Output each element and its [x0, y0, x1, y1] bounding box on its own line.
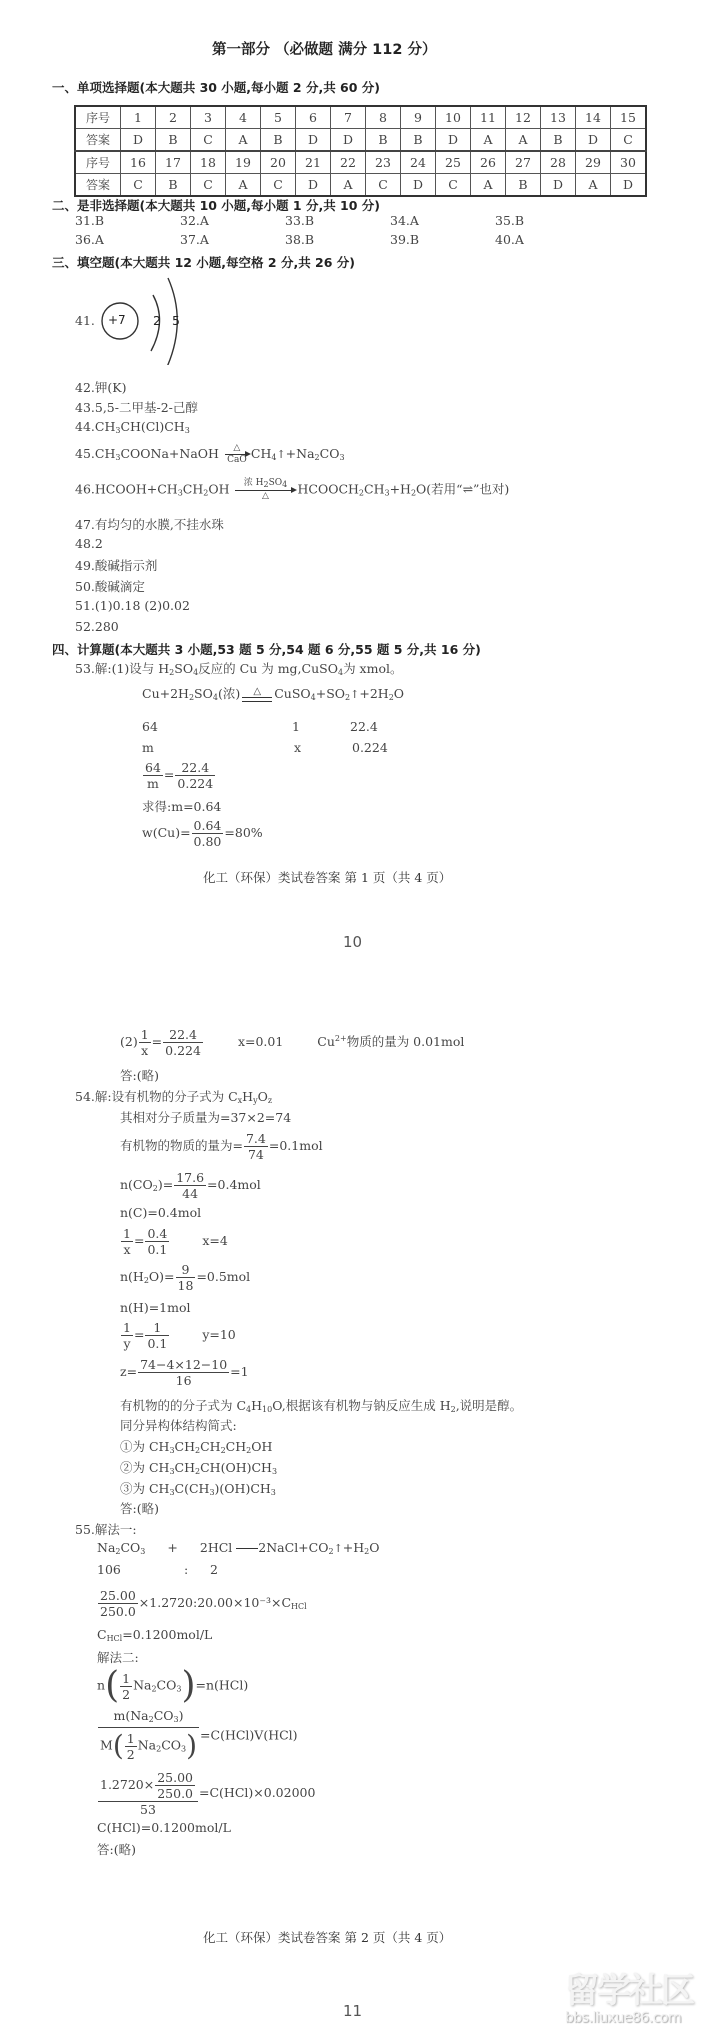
q-answer: D: [611, 174, 647, 197]
q45-equation: 45.CH3COONa+NaOH △ CaO CH4↑+Na2CO3: [75, 443, 345, 466]
q-answer: C: [121, 174, 156, 197]
q54-y-equation: 1y=10.1 y=10: [120, 1320, 236, 1351]
q-num: 29: [576, 151, 611, 174]
q-num: 10: [436, 106, 471, 129]
q53-row1-so2: 22.4: [350, 719, 378, 734]
q-num: 11: [471, 106, 506, 129]
q-answer: B: [261, 129, 296, 152]
q-answer: D: [296, 129, 331, 152]
q-answer: D: [121, 129, 156, 152]
q-answer: C: [191, 129, 226, 152]
q54-x-equation: 1x=0.40.1 x=4: [120, 1226, 228, 1257]
q53-result: 求得:m=0.64: [142, 797, 221, 815]
q-answer: B: [156, 129, 191, 152]
isomer-2: ②为 CH3CH2CH(OH)CH3: [120, 1458, 277, 1476]
q-answer: A: [471, 129, 506, 152]
q-num: 1: [121, 106, 156, 129]
q-answer: D: [401, 174, 436, 197]
section2-heading: 二、是非选择题(本大题共 10 小题,每小题 1 分,共 10 分): [52, 196, 380, 214]
section1-heading: 一、单项选择题(本大题共 30 小题,每小题 2 分,共 60 分): [52, 78, 380, 96]
q49-answer: 49.酸碱指示剂: [75, 556, 157, 574]
q55-equation: Na2CO3+2HCl 2NaCl+CO2↑+H2O: [97, 1540, 380, 1556]
page-title: 第一部分 （必做题 满分 112 分）: [212, 38, 436, 59]
q-answer: A: [506, 129, 541, 152]
q53-part2: (2)1x=22.40.224 x=0.01 Cu2+物质的量为 0.01mol: [120, 1027, 464, 1058]
isomer-1: ①为 CH3CH2CH2CH2OH: [120, 1437, 272, 1455]
q-answer: B: [366, 129, 401, 152]
tf-item: 36.A: [75, 232, 104, 247]
section4-heading: 四、计算题(本大题共 3 小题,53 题 5 分,54 题 6 分,55 题 5…: [52, 640, 481, 658]
q-answer: D: [436, 129, 471, 152]
q-num: 6: [296, 106, 331, 129]
q-answer: A: [226, 174, 261, 197]
q53-equation: Cu+2H2SO4(浓)△CuSO4+SO2↑+2H2O: [142, 684, 404, 702]
watermark-url: bbs.liuxue86.com: [565, 2009, 720, 2027]
q47-answer: 47.有均匀的水膜,不挂水珠: [75, 515, 224, 533]
q-num: 13: [541, 106, 576, 129]
shell-2-electrons: 5: [172, 313, 180, 328]
q44-answer: 44.CH3CH(Cl)CH3: [75, 419, 190, 435]
table-row-numbers-1: 序号 1 2 3 4 5 6 7 8 9 10 11 12 13 14 15: [75, 106, 646, 129]
table-row-numbers-2: 序号 16 17 18 19 20 21 22 23 24 25 26 27 2…: [75, 151, 646, 174]
q-num: 8: [366, 106, 401, 129]
q-answer: C: [191, 174, 226, 197]
table-row-answers-1: 答案 D B C A B D D B B D A A B D C: [75, 129, 646, 152]
q-answer: B: [401, 129, 436, 152]
q-num: 5: [261, 106, 296, 129]
page1-number: 10: [343, 933, 362, 951]
q-answer: A: [226, 129, 261, 152]
q53-ratio: 64m=22.40.224: [142, 760, 216, 791]
q53-answer: 答:(略): [120, 1066, 159, 1084]
q-num: 27: [506, 151, 541, 174]
q-answer: C: [436, 174, 471, 197]
q50-answer: 50.酸碱滴定: [75, 577, 145, 595]
page2-footer: 化工（环保）类试卷答案 第 2 页（共 4 页）: [203, 1928, 451, 1946]
watermark-logo: 留学社区 bbs.liuxue86.com: [565, 1973, 720, 2039]
q46-equation: 46.HCOOH+CH3CH2OH 浓 H2SO4 △ HCOOCH2CH3+H…: [75, 478, 509, 502]
section3-heading: 三、填空题(本大题共 12 小题,每空格 2 分,共 26 分): [52, 253, 355, 271]
q-num: 25: [436, 151, 471, 174]
q-num: 30: [611, 151, 647, 174]
q-num: 19: [226, 151, 261, 174]
row-label: 序号: [75, 151, 121, 174]
q55-answer: 答:(略): [97, 1840, 136, 1858]
q-num: 24: [401, 151, 436, 174]
tf-item: 35.B: [495, 213, 524, 228]
q53-row2-cu: m: [142, 740, 154, 755]
q-num: 16: [121, 151, 156, 174]
tf-item: 34.A: [390, 213, 419, 228]
q-answer: C: [611, 129, 647, 152]
q55-result2: C(HCl)=0.1200mol/L: [97, 1820, 231, 1835]
shell-1-electrons: 2: [153, 313, 161, 328]
q-num: 23: [366, 151, 401, 174]
watermark-brand: 留学社区: [565, 1973, 720, 2009]
tf-item: 33.B: [285, 213, 314, 228]
q-answer: A: [576, 174, 611, 197]
q53-mass-fraction: w(Cu)=0.640.80=80%: [142, 818, 263, 849]
q-num: 28: [541, 151, 576, 174]
tf-item: 39.B: [390, 232, 419, 247]
tf-item: 38.B: [285, 232, 314, 247]
q-num: 4: [226, 106, 261, 129]
q-answer: D: [296, 174, 331, 197]
row-label: 序号: [75, 106, 121, 129]
equals-line: [236, 1548, 258, 1549]
q48-answer: 48.2: [75, 536, 103, 551]
q54-conclusion: 有机物的的分子式为 C4H10O,根据该有机物与钠反应生成 H2,说明是醇。: [120, 1396, 522, 1414]
tf-item: 40.A: [495, 232, 524, 247]
q-num: 7: [331, 106, 366, 129]
q-num: 17: [156, 151, 191, 174]
gas-up-arrow-icon: ↑: [350, 688, 359, 701]
q55-calc: 25.00250.0×1.2720:20.00×10⁻³×CHCl: [97, 1588, 307, 1619]
q-answer: C: [261, 174, 296, 197]
gas-up-arrow-icon: ↑: [334, 1542, 343, 1555]
q-answer: A: [471, 174, 506, 197]
q54-moles-h2o: n(H2O)=918=0.5mol: [120, 1262, 250, 1293]
nucleus-charge: +7: [108, 313, 126, 327]
q52-answer: 52.280: [75, 619, 119, 634]
q54-z-equation: z=74−4×12−1016=1: [120, 1357, 249, 1388]
reaction-arrow: △ CaO: [225, 443, 249, 466]
q42-answer: 42.钾(K): [75, 378, 126, 396]
q55-line3: 1.2720×25.00250.0 53 =C(HCl)×0.02000: [97, 1770, 315, 1817]
q55-line2: m(Na2CO3) M(12Na2CO3) =C(HCl)V(HCl): [97, 1708, 298, 1764]
heat-equals-sign: △: [242, 687, 272, 702]
q-num: 14: [576, 106, 611, 129]
q55-ratio-106: 106: [97, 1562, 121, 1577]
q-num: 12: [506, 106, 541, 129]
q54-relative-mass: 其相对分子质量为=37×2=74: [120, 1108, 291, 1126]
q41-label: 41.: [75, 313, 95, 328]
q-answer: B: [156, 174, 191, 197]
q-num: 2: [156, 106, 191, 129]
q-answer: D: [331, 129, 366, 152]
q55-ratio-2: 2: [210, 1562, 218, 1577]
q-answer: B: [506, 174, 541, 197]
row-label: 答案: [75, 174, 121, 197]
q53-row1-cu: 64: [142, 719, 158, 734]
table-row-answers-2: 答案 C B C A C D A C D C A B D A D: [75, 174, 646, 197]
q-answer: C: [366, 174, 401, 197]
tf-item: 32.A: [180, 213, 209, 228]
q53-row1-cuso4: 1: [292, 719, 300, 734]
reaction-arrow: 浓 H2SO4 △: [235, 478, 295, 502]
tf-item: 37.A: [180, 232, 209, 247]
q-num: 15: [611, 106, 647, 129]
q54-moles-h: n(H)=1mol: [120, 1300, 191, 1315]
q43-answer: 43.5,5-二甲基-2-己醇: [75, 398, 198, 416]
q55-method1: 55.解法一:: [75, 1520, 137, 1538]
q55-ratio-sep: :: [184, 1562, 188, 1577]
q53-intro: 53.解:(1)设与 H2SO4反应的 Cu 为 mg,CuSO4为 xmol。: [75, 659, 402, 677]
q53-row2-so2: 0.224: [352, 740, 388, 755]
q54-moles-organic: 有机物的物质的量为=7.474=0.1mol: [120, 1131, 323, 1162]
q55-method2: 解法二:: [97, 1648, 139, 1666]
q-answer: D: [541, 174, 576, 197]
q53-row2-cuso4: x: [294, 740, 301, 755]
q-num: 3: [191, 106, 226, 129]
q51-answer: 51.(1)0.18 (2)0.02: [75, 598, 190, 613]
q-num: 20: [261, 151, 296, 174]
q-answer: B: [541, 129, 576, 152]
page2-number: 11: [343, 2002, 362, 2020]
q54-answer: 答:(略): [120, 1499, 159, 1517]
q-num: 26: [471, 151, 506, 174]
q-num: 21: [296, 151, 331, 174]
isomer-3: ③为 CH3C(CH3)(OH)CH3: [120, 1479, 276, 1497]
q-num: 9: [401, 106, 436, 129]
q-answer: D: [576, 129, 611, 152]
tf-item: 31.B: [75, 213, 104, 228]
row-label: 答案: [75, 129, 121, 152]
q54-isomers-title: 同分异构体结构简式:: [120, 1416, 237, 1434]
q-num: 22: [331, 151, 366, 174]
q54-moles-co2: n(CO2)=17.644=0.4mol: [120, 1170, 261, 1201]
q-num: 18: [191, 151, 226, 174]
answer-table: 序号 1 2 3 4 5 6 7 8 9 10 11 12 13 14 15 答…: [74, 105, 647, 197]
gas-up-arrow-icon: ↑: [276, 448, 285, 461]
q54-moles-c: n(C)=0.4mol: [120, 1205, 201, 1220]
q55-line1: n(12Na2CO3)=n(HCl): [97, 1668, 248, 1704]
page1-footer: 化工（环保）类试卷答案 第 1 页（共 4 页）: [203, 868, 451, 886]
q55-result1: CHCl=0.1200mol/L: [97, 1627, 212, 1643]
q-answer: A: [331, 174, 366, 197]
q54-intro: 54.解:设有机物的分子式为 CxHyOz: [75, 1087, 272, 1105]
